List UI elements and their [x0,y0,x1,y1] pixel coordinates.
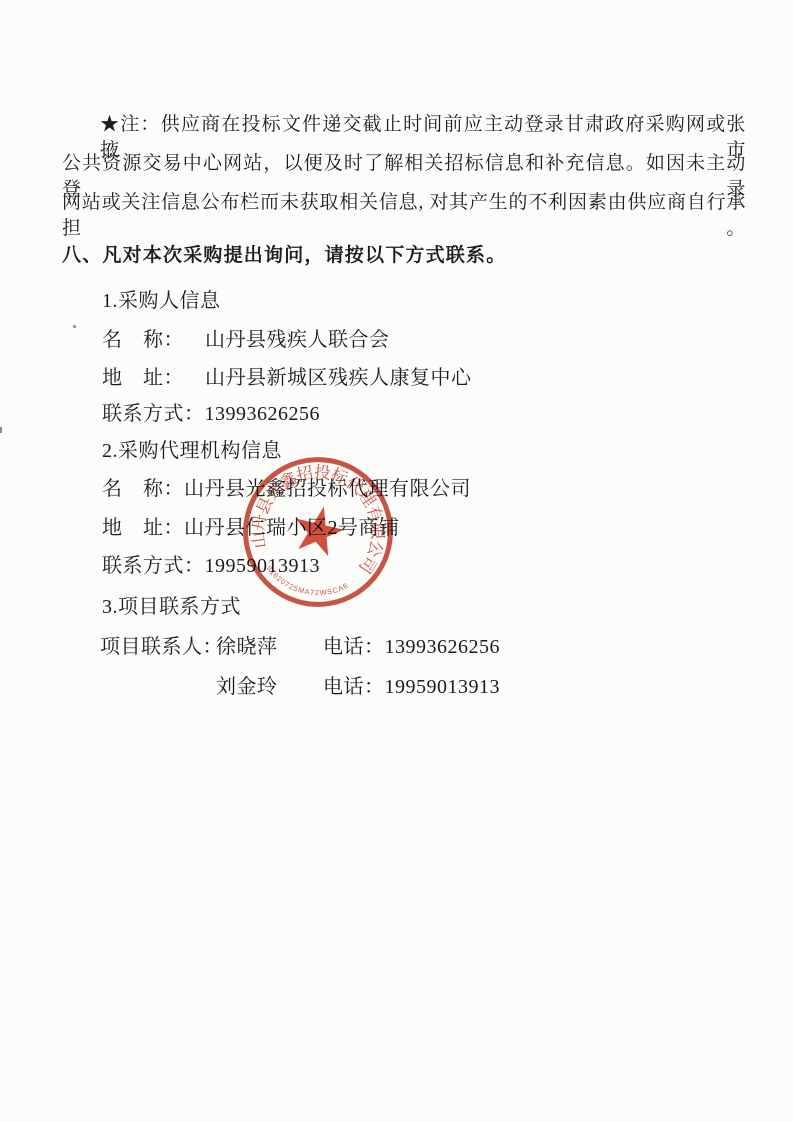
scan-speck [73,325,76,328]
section-heading: 八、凡对本次采购提出询问，请按以下方式联系。 [62,240,506,267]
project-title: 3.项目联系方式 [102,594,241,620]
company-seal-stamp: 山丹县光鑫招投标代理有限公司 91620725MA72WSCA6 [225,436,411,628]
phone-number: 19959013913 [385,676,501,698]
agency-name-label: 名 称： [102,478,184,500]
purchaser-contact-label: 联系方式： [102,403,205,425]
document-page: ★注：供应商在投标文件递交截止时间前应主动登录甘肃政府采购网或张掖市 公共资源交… [0,0,793,1122]
purchaser-name-label: 名 称： [102,329,184,351]
purchaser-contact-row: 联系方式：13993626256 [102,401,320,427]
project-contact-row-1: 项目联系人： 徐晓萍 电话：13993626256 [0,630,793,660]
purchaser-name-row: 名 称：山丹县残疾人联合会 [102,327,390,353]
purchaser-contact-value: 13993626256 [205,403,321,425]
project-contact-phone: 电话：19959013913 [323,670,500,699]
phone-label: 电话： [323,636,385,658]
purchaser-address-label: 地 址： [102,367,184,389]
purchaser-address-value: 山丹县新城区残疾人康复中心 [184,367,472,389]
purchaser-name-value: 山丹县残疾人联合会 [184,329,390,351]
purchaser-address-row: 地 址：山丹县新城区残疾人康复中心 [102,365,472,391]
phone-label: 电话： [323,676,385,698]
phone-number: 13993626256 [385,636,501,658]
seal-code-text: 91620725MA72WSCA6 [261,563,351,606]
agency-contact-label: 联系方式： [102,555,205,577]
purchaser-title: 1.采购人信息 [102,288,221,314]
project-contact-row-2: 刘金玲 电话：19959013913 [0,670,793,700]
project-contact-label: 项目联系人： [100,630,223,659]
note-paragraph-line-3: 网站或关注信息公布栏而未获取相关信息, 对其产生的不利因素由供应商自行承担。 [62,190,746,242]
project-contact-name: 徐晓萍 [216,630,278,659]
scan-speck [0,427,2,433]
seal-star-icon [289,501,348,558]
agency-address-label: 地 址： [102,517,184,539]
project-contact-phone: 电话：13993626256 [323,630,500,659]
project-contact-name: 刘金玲 [216,670,278,699]
